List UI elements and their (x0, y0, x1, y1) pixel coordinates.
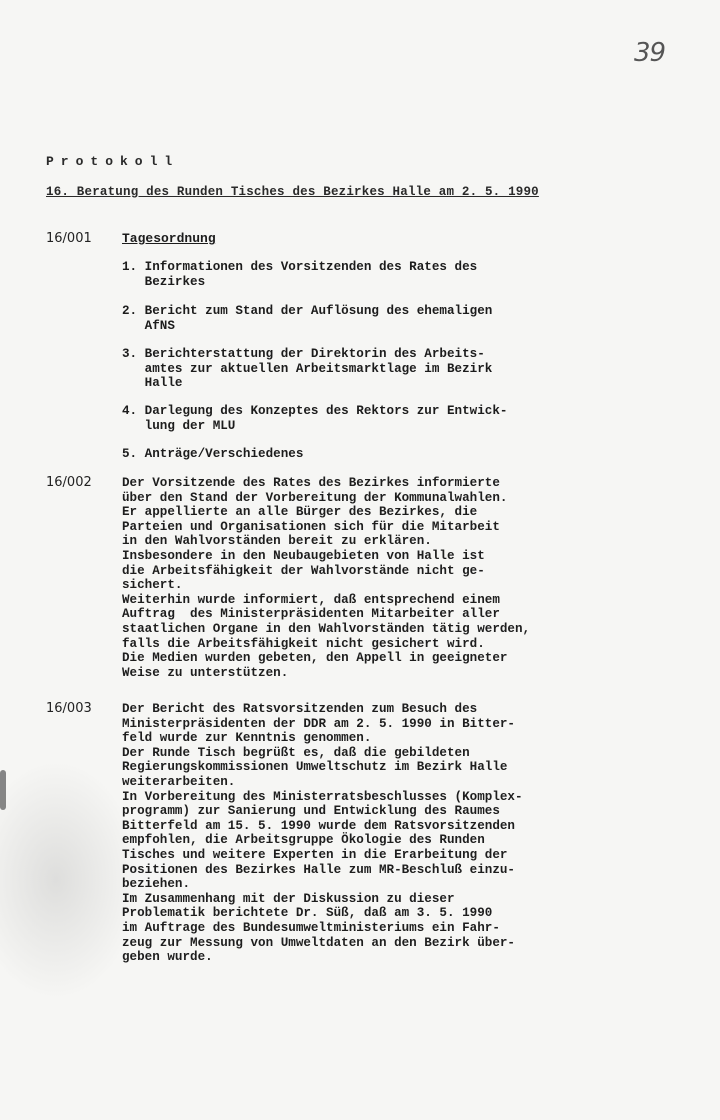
scan-edge-mark (0, 770, 6, 810)
page-number: 39 (634, 38, 665, 68)
item-text: Der Bericht des Ratsvorsitzenden zum Bes… (122, 702, 602, 965)
scan-shadow (0, 760, 140, 1000)
agenda-item: 5. Anträge/Verschiedenes (122, 447, 582, 462)
agenda-item: 4. Darlegung des Konzeptes des Rektors z… (122, 404, 582, 433)
item-text: Der Vorsitzende des Rates des Bezirkes i… (122, 476, 602, 680)
document-label: Protokoll (46, 154, 179, 169)
item-number: 16/002 (46, 475, 92, 490)
document-title: 16. Beratung des Runden Tisches des Bezi… (46, 185, 539, 199)
agenda-item: 1. Informationen des Vorsitzenden des Ra… (122, 260, 582, 289)
item-number: 16/001 (46, 231, 92, 246)
agenda-item: 2. Bericht zum Stand der Auflösung des e… (122, 304, 582, 333)
agenda-heading: Tagesordnung (122, 231, 216, 246)
agenda-item: 3. Berichterstattung der Direktorin des … (122, 347, 582, 391)
item-number: 16/003 (46, 701, 92, 716)
